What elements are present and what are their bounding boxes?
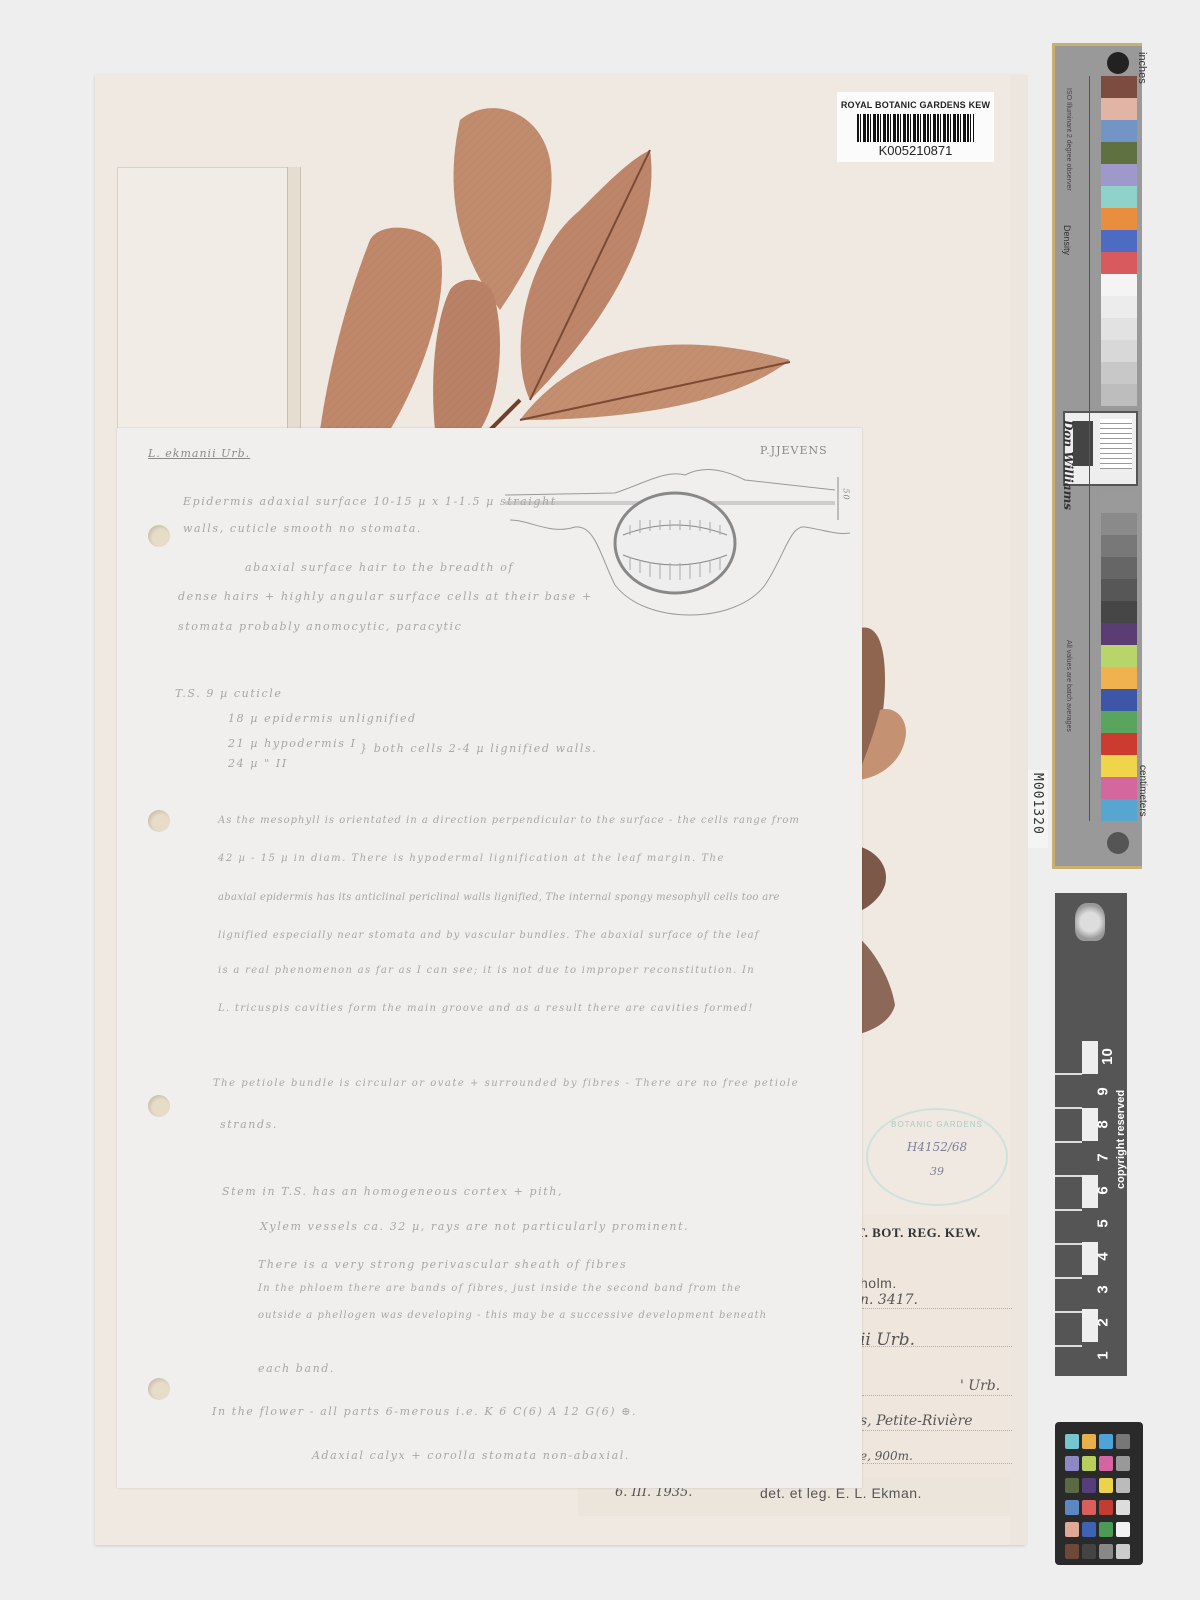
color-swatch — [1101, 318, 1137, 340]
note-line: abaxial epidermis has its anticlinal per… — [218, 892, 780, 903]
color-chip — [1116, 1500, 1130, 1515]
note-line: Adaxial calyx + corolla stomata non-abax… — [312, 1449, 630, 1462]
color-chip — [1082, 1456, 1096, 1471]
note-line: } both cells 2-4 µ lignified walls. — [360, 742, 597, 755]
color-chip — [1082, 1544, 1096, 1559]
color-chip — [1065, 1544, 1079, 1559]
color-swatch — [1101, 711, 1137, 733]
leaf-cross-section-drawing-icon — [505, 465, 855, 635]
colorbar-id-tag: M001320 — [1028, 770, 1048, 848]
stamp-number: 39 — [868, 1165, 1006, 1178]
ruler-number: 6 — [1095, 1186, 1112, 1194]
note-line: 21 µ hypodermis I — [228, 737, 357, 750]
label-dotted-line — [862, 1463, 1012, 1464]
color-swatch — [1101, 799, 1137, 821]
color-swatch — [1101, 296, 1137, 318]
note-line: There is a very strong perivascular shea… — [258, 1258, 627, 1271]
color-swatch — [1101, 98, 1137, 120]
label-line: e, 900m. — [860, 1449, 913, 1463]
leaf-fragment-icon — [855, 845, 910, 915]
colorbar-divider — [1089, 76, 1090, 821]
leaf-fragment-icon — [855, 620, 910, 790]
registration-dot-icon — [1107, 832, 1129, 854]
colorbar-density-label: Density — [1062, 225, 1072, 255]
color-swatch — [1101, 689, 1137, 711]
color-swatch — [1101, 755, 1137, 777]
color-swatch — [1101, 623, 1137, 645]
color-chip — [1116, 1544, 1130, 1559]
colorbar-iso-text: ISO Illuminant 2 degree observer — [1065, 88, 1072, 191]
institution-name: ROYAL BOTANIC GARDENS KEW — [837, 100, 994, 110]
note-line: 18 µ epidermis unlignified — [228, 712, 417, 725]
colorbar-footer: All values are batch averages — [1065, 640, 1072, 732]
leaf-specimen-icon — [320, 100, 810, 440]
color-swatch — [1101, 208, 1137, 230]
note-line: each band. — [258, 1362, 335, 1375]
ruler-number: 10 — [1099, 1048, 1116, 1065]
note-line: In the phloem there are bands of fibres,… — [258, 1283, 742, 1294]
color-swatch — [1101, 230, 1137, 252]
color-chip — [1065, 1434, 1079, 1449]
color-chip — [1082, 1522, 1096, 1537]
color-swatch — [1101, 120, 1137, 142]
color-swatch — [1101, 274, 1137, 296]
barcode-number: K005210871 — [837, 143, 994, 158]
color-swatch — [1101, 164, 1137, 186]
note-line: outside a phellogen was developing - thi… — [258, 1310, 767, 1321]
kew-logo-text: Kew — [1121, 953, 1172, 1048]
note-line: 42 µ - 15 µ in diam. There is hypodermal… — [218, 853, 725, 864]
color-swatch — [1101, 76, 1137, 98]
color-chip — [1099, 1478, 1113, 1493]
note-line: is a real phenomenon as far as I can see… — [218, 965, 755, 976]
label-dotted-line — [862, 1308, 1012, 1309]
note-line: T.S. 9 µ cuticle — [175, 687, 282, 700]
color-chip — [1082, 1434, 1096, 1449]
punch-hole — [148, 810, 170, 832]
note-line: Stem in T.S. has an homogeneous cortex +… — [222, 1185, 563, 1198]
color-chip — [1065, 1500, 1079, 1515]
accession-stamp: BOTANIC GARDENS H4152/68 39 — [866, 1108, 1008, 1206]
color-swatch — [1101, 777, 1137, 799]
ruler-number: 4 — [1095, 1252, 1112, 1260]
fragment-packet — [117, 167, 297, 457]
ruler-number: 8 — [1095, 1120, 1112, 1128]
color-chip — [1099, 1500, 1113, 1515]
color-swatch — [1101, 733, 1137, 755]
note-line: strands. — [220, 1118, 278, 1131]
color-swatch — [1101, 186, 1137, 208]
color-swatch — [1101, 667, 1137, 689]
label-dotted-line — [862, 1430, 1012, 1431]
registration-dot-icon — [1107, 52, 1129, 74]
color-swatch — [1101, 601, 1137, 623]
label-line: holm. — [860, 1275, 897, 1291]
kew-scale-bar: Kew 10 9 8 7 6 5 4 3 2 1 copyright reser… — [1055, 893, 1127, 1376]
kew-crest-icon — [1075, 903, 1105, 941]
color-swatch — [1101, 142, 1137, 164]
note-line: abaxial surface hair to the breadth of — [245, 561, 514, 574]
color-swatch — [1101, 491, 1137, 513]
note-line: lignified especially near stomata and by… — [218, 930, 759, 941]
color-swatch — [1101, 362, 1137, 384]
color-swatch — [1101, 252, 1137, 274]
barcode-label: ROYAL BOTANIC GARDENS KEW K005210871 — [837, 92, 994, 162]
color-swatch — [1101, 513, 1137, 535]
color-chip — [1065, 1478, 1079, 1493]
label-line: n. 3417. — [860, 1292, 918, 1308]
note-line: Xylem vessels ca. 32 µ, rays are not par… — [260, 1220, 689, 1233]
color-swatch — [1101, 645, 1137, 667]
scale-label: 50 — [842, 488, 851, 500]
note-line: walls, cuticle smooth no stomata. — [183, 522, 422, 535]
kew-ruler — [1055, 1041, 1098, 1376]
sheet-edge — [1010, 75, 1028, 1545]
color-chip — [1082, 1478, 1096, 1493]
color-chip — [1082, 1500, 1096, 1515]
label-line: ii Urb. — [860, 1330, 915, 1350]
collection-label — [862, 1215, 1010, 1485]
label-dotted-line — [862, 1395, 1012, 1396]
note-line: stomata probably anomocytic, paracytic — [178, 620, 462, 633]
color-checker-card — [1055, 1422, 1143, 1565]
label-line: s, Petite-Rivière — [860, 1413, 973, 1429]
color-swatch — [1101, 384, 1137, 406]
colorbar-unit-inches: inches — [1136, 52, 1148, 84]
note-line: 24 µ " II — [228, 757, 288, 770]
ruler-number: 3 — [1095, 1285, 1112, 1293]
notes-title: L. ekmanii Urb. — [148, 447, 250, 460]
notes-author: P.JJEVENS — [760, 444, 828, 457]
color-chip — [1099, 1522, 1113, 1537]
colorbar-id: M001320 — [1030, 773, 1045, 835]
label-line: ' Urb. — [960, 1378, 1000, 1394]
stamp-code: H4152/68 — [868, 1140, 1006, 1154]
color-chip — [1099, 1434, 1113, 1449]
color-swatch — [1101, 340, 1137, 362]
copyright-text: copyright reserved — [1115, 1090, 1127, 1189]
note-line: In the flower - all parts 6-merous i.e. … — [212, 1405, 637, 1418]
color-chip — [1116, 1434, 1130, 1449]
ruler-number: 9 — [1095, 1087, 1112, 1095]
ruler-number: 5 — [1095, 1219, 1112, 1227]
kew-logo: Kew — [1055, 953, 1127, 1033]
note-line: As the mesophyll is orientated in a dire… — [218, 815, 800, 826]
note-line: L. tricuspis cavities form the main groo… — [218, 1003, 754, 1014]
color-chip — [1116, 1456, 1130, 1471]
label-header: RT. BOT. REG. KEW. — [847, 1225, 981, 1241]
punch-hole — [148, 1095, 170, 1117]
color-swatch — [1101, 579, 1137, 601]
color-chip — [1116, 1478, 1130, 1493]
color-chip — [1065, 1522, 1079, 1537]
color-chip — [1065, 1456, 1079, 1471]
leaf-fragment-icon — [855, 935, 910, 1035]
punch-hole — [148, 1378, 170, 1400]
fragment-packet-fold — [287, 167, 301, 437]
ruler-number: 1 — [1095, 1351, 1112, 1359]
ruler-number: 7 — [1095, 1153, 1112, 1161]
ruler-number: 2 — [1095, 1318, 1112, 1326]
note-line: Epidermis adaxial surface 10-15 µ x 1-1.… — [183, 495, 557, 508]
colorbar-brand: Don Williams — [1061, 420, 1075, 510]
color-swatch — [1101, 557, 1137, 579]
colorbar-unit-cm: centimeters — [1137, 765, 1148, 817]
color-chip — [1099, 1456, 1113, 1471]
color-chip — [1116, 1522, 1130, 1537]
punch-hole — [148, 525, 170, 547]
barcode-icon — [857, 114, 974, 142]
stamp-ring-text: BOTANIC GARDENS — [868, 1120, 1006, 1129]
note-line: The petiole bundle is circular or ovate … — [213, 1078, 799, 1089]
color-chip — [1099, 1544, 1113, 1559]
note-line: dense hairs + highly angular surface cel… — [178, 590, 593, 603]
color-swatch — [1101, 535, 1137, 557]
